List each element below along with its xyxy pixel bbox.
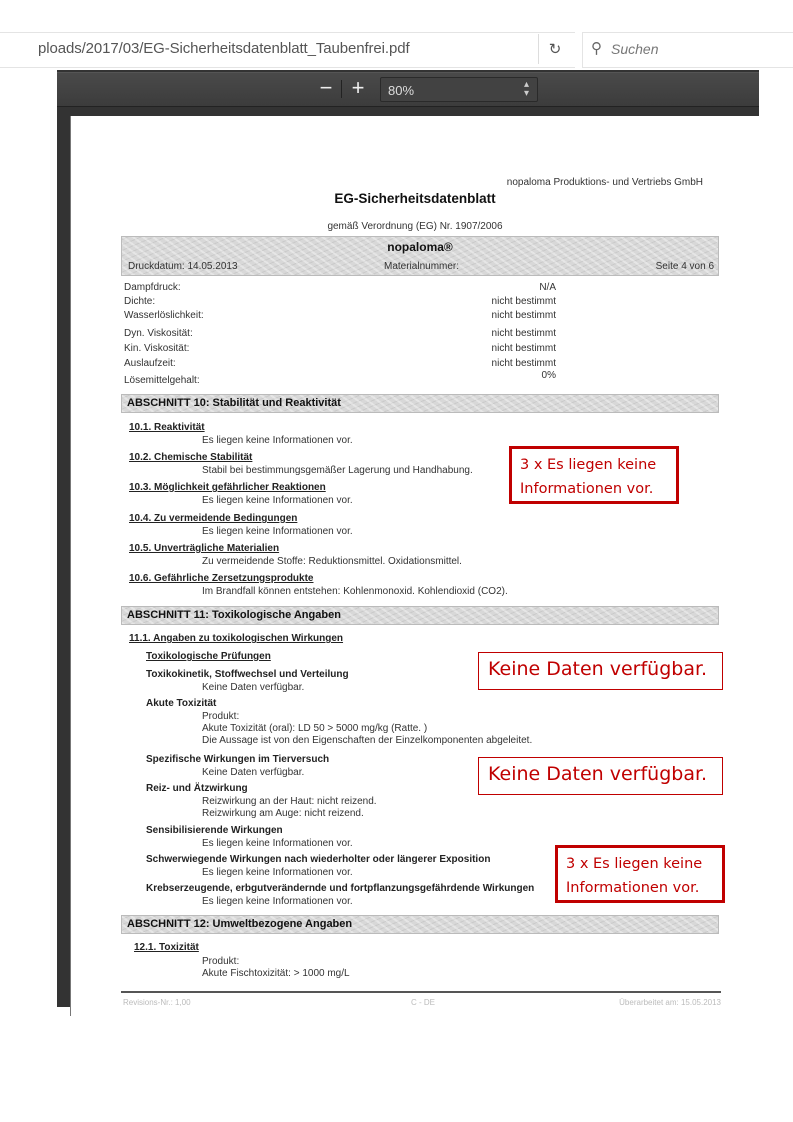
property-label: Auslaufzeit: — [124, 358, 176, 369]
subsection-heading: 10.4. Zu vermeidende Bedingungen — [129, 513, 297, 524]
footer-revised-date: Überarbeitet am: 15.05.2013 — [619, 998, 721, 1007]
section-12-header: ABSCHNITT 12: Umweltbezogene Angaben — [121, 915, 719, 934]
subsection-text: Es liegen keine Informationen vor. — [202, 526, 353, 537]
property-value: nicht bestimmt — [492, 310, 556, 321]
subsection-heading: 10.2. Chemische Stabilität — [129, 452, 252, 463]
section-10-title: ABSCHNITT 10: Stabilität und Reaktivität — [127, 397, 341, 409]
annotation-text: Informationen vor. — [566, 876, 722, 900]
toolbar-separator — [341, 80, 342, 98]
subsection-text: Stabil bei bestimmungsgemäßer Lagerung u… — [202, 465, 473, 476]
tox-block-text: Es liegen keine Informationen vor. — [202, 896, 353, 907]
subsection-heading: 10.1. Reaktivität — [129, 422, 205, 433]
tox-block-text: Reizwirkung am Auge: nicht reizend. — [202, 808, 364, 819]
footer-divider — [121, 991, 721, 993]
section-11-title: ABSCHNITT 11: Toxikologische Angaben — [127, 609, 341, 621]
tox-block-text: Es liegen keine Informationen vor. — [202, 838, 353, 849]
zoom-value: 80% — [388, 83, 414, 98]
property-label: Kin. Viskosität: — [124, 343, 189, 354]
tox-block-text: Keine Daten verfügbar. — [202, 682, 304, 693]
document-subtitle: gemäß Verordnung (EG) Nr. 1907/2006 — [71, 221, 759, 232]
section-11-1-heading: 11.1. Angaben zu toxikologischen Wirkung… — [129, 633, 343, 644]
toxicological-tests-heading: Toxikologische Prüfungen — [146, 651, 271, 662]
annotation-callout: Keine Daten verfügbar. — [478, 652, 723, 690]
subsection-text: Zu vermeidende Stoffe: Reduktionsmittel.… — [202, 556, 462, 567]
subsection-text: Es liegen keine Informationen vor. — [202, 495, 353, 506]
company-name: nopaloma Produktions- und Vertriebs GmbH — [507, 177, 703, 188]
search-input[interactable]: ⚲ Suchen — [582, 32, 793, 68]
tox-block-heading: Reiz- und Ätzwirkung — [146, 783, 248, 794]
product-name: nopaloma® — [122, 240, 718, 254]
tox-block-text: Reizwirkung an der Haut: nicht reizend. — [202, 796, 377, 807]
subsection-text: Es liegen keine Informationen vor. — [202, 435, 353, 446]
tox-block-heading: Spezifische Wirkungen im Tierversuch — [146, 754, 329, 765]
reload-button[interactable]: ↻ — [538, 34, 571, 64]
section-11-header: ABSCHNITT 11: Toxikologische Angaben — [121, 606, 719, 625]
property-label: Wasserlöslichkeit: — [124, 310, 204, 321]
tox-block-heading: Schwerwiegende Wirkungen nach wiederholt… — [146, 854, 490, 865]
property-label: Dyn. Viskosität: — [124, 328, 193, 339]
tox-block-text: Keine Daten verfügbar. — [202, 767, 304, 778]
property-label: Dichte: — [124, 296, 155, 307]
reload-icon: ↻ — [549, 40, 562, 58]
property-value: nicht bestimmt — [492, 328, 556, 339]
property-value: nicht bestimmt — [492, 358, 556, 369]
annotation-callout: 3 x Es liegen keineInformationen vor. — [509, 446, 679, 504]
subsection-heading: 10.6. Gefährliche Zersetzungsprodukte — [129, 573, 314, 584]
subsection-heading: 10.5. Unverträgliche Materialien — [129, 543, 279, 554]
property-value: nicht bestimmt — [492, 343, 556, 354]
tox-block-heading: Sensibilisierende Wirkungen — [146, 825, 283, 836]
annotation-callout: 3 x Es liegen keineInformationen vor. — [555, 845, 725, 903]
section-12-text: Produkt: — [202, 956, 239, 967]
print-date: Druckdatum: 14.05.2013 — [128, 261, 238, 272]
property-label: Dampfdruck: — [124, 282, 181, 293]
annotation-text: 3 x Es liegen keine — [520, 453, 676, 477]
subsection-heading: 10.3. Möglichkeit gefährlicher Reaktione… — [129, 482, 326, 493]
updown-arrows-icon: ▴▾ — [524, 80, 529, 98]
document-title: EG-Sicherheitsdatenblatt — [71, 191, 759, 206]
subsection-text: Im Brandfall können entstehen: Kohlenmon… — [202, 586, 508, 597]
section-12-1-heading: 12.1. Toxizität — [134, 942, 199, 953]
annotation-text: 3 x Es liegen keine — [566, 852, 722, 876]
tox-block-text: Akute Toxizität (oral): LD 50 > 5000 mg/… — [202, 723, 427, 734]
footer-country: C - DE — [411, 998, 435, 1007]
footer-revision: Revisions-Nr.: 1,00 — [123, 998, 191, 1007]
tox-block-heading: Toxikokinetik, Stoffwechsel und Verteilu… — [146, 669, 349, 680]
url-text[interactable]: ploads/2017/03/EG-Sicherheitsdatenblatt_… — [38, 40, 410, 57]
annotation-text: Informationen vor. — [520, 477, 676, 501]
annotation-text: Keine Daten verfügbar. — [488, 763, 722, 785]
page-number: Seite 4 von 6 — [656, 261, 714, 272]
property-value: N/A — [539, 282, 556, 293]
property-value: nicht bestimmt — [492, 296, 556, 307]
tox-block-text: Produkt: — [202, 711, 239, 722]
zoom-in-button[interactable]: + — [347, 76, 369, 102]
property-label: Lösemittelgehalt: — [124, 375, 200, 386]
tox-block-text: Die Aussage ist von den Eigenschaften de… — [202, 735, 532, 746]
document-header-band: nopaloma® Druckdatum: 14.05.2013 Materia… — [121, 236, 719, 276]
material-number: Materialnummer: — [384, 261, 459, 272]
annotation-callout: Keine Daten verfügbar. — [478, 757, 723, 795]
tox-block-heading: Akute Toxizität — [146, 698, 216, 709]
zoom-select[interactable]: 80% ▴▾ — [380, 77, 538, 102]
property-value: 0% — [542, 370, 556, 381]
search-icon: ⚲ — [591, 39, 602, 57]
annotation-text: Keine Daten verfügbar. — [488, 658, 722, 680]
zoom-out-button[interactable]: − — [315, 76, 337, 102]
tox-block-text: Es liegen keine Informationen vor. — [202, 867, 353, 878]
section-10-header: ABSCHNITT 10: Stabilität und Reaktivität — [121, 394, 719, 413]
section-12-text: Akute Fischtoxizität: > 1000 mg/L — [202, 968, 350, 979]
pdf-toolbar: − + 80% ▴▾ — [57, 72, 759, 107]
address-bar[interactable]: ploads/2017/03/EG-Sicherheitsdatenblatt_… — [0, 32, 575, 68]
tox-block-heading: Krebserzeugende, erbgutverändernde und f… — [146, 883, 534, 894]
search-placeholder: Suchen — [611, 41, 658, 57]
section-12-title: ABSCHNITT 12: Umweltbezogene Angaben — [127, 918, 352, 930]
